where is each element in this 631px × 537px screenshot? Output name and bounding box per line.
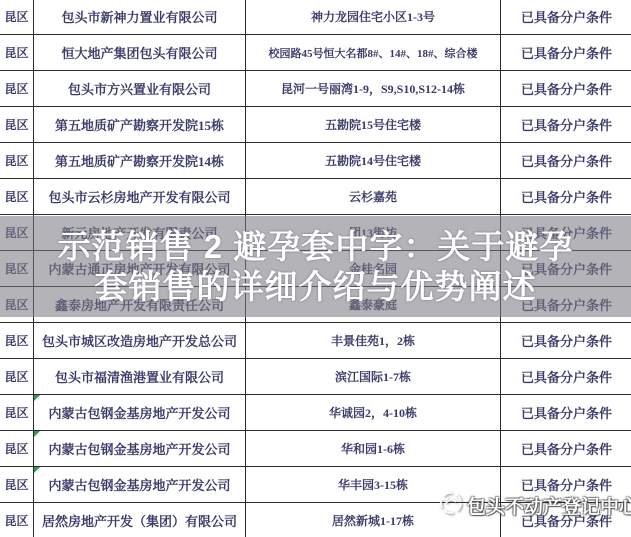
district-cell: 昆区 <box>0 467 34 503</box>
watermark-text: 包头不动产登记中心 <box>467 492 631 519</box>
district-cell: 昆区 <box>0 359 34 395</box>
table-row: 昆区 包头市福清渔港置业有限公司 滨江国际1-7栋 已具备分户条件 <box>0 359 631 395</box>
status-cell: 已具备分户条件 <box>501 35 631 71</box>
company-cell: 包头市云杉房地产开发有限公司 <box>34 179 246 215</box>
building-cell: 云杉嘉苑 <box>246 179 501 215</box>
district-cell: 昆区 <box>0 395 34 431</box>
article-title-line1: 示范销售 2 避孕套中字：关于避孕 <box>58 227 574 267</box>
building-cell: 华和园1-6栋 <box>246 431 501 467</box>
building-cell: 校园路45号恒大名都8#、14#、18#、综合楼 <box>246 35 501 71</box>
table-row: 昆区 第五地质矿产勘察开发院14栋 五勘院14号住宅楼 已具备分户条件 <box>0 143 631 179</box>
company-cell: 包头市新神力置业有限公司 <box>34 0 246 35</box>
watermark: 包头不动产登记中心 <box>438 490 631 521</box>
article-title-overlay: 示范销售 2 避孕套中字：关于避孕 套销售的详细介绍与优势阐述 <box>0 216 631 317</box>
company-cell: 包头市城区改造房地产开发总公司 <box>34 323 246 359</box>
table-row: 昆区 内蒙古包钢金基房地产开发公司 华和园1-6栋 已具备分户条件 <box>0 431 631 467</box>
table-row: 昆区 内蒙古包钢金基房地产开发公司 华诚园2，4-10栋 已具备分户条件 <box>0 395 631 431</box>
table-row: 昆区 包头市方兴置业有限公司 昆河一号丽湾1-9，S9,S10,S12-14栋 … <box>0 71 631 107</box>
status-cell: 已具备分户条件 <box>501 107 631 143</box>
status-cell: 已具备分户条件 <box>501 179 631 215</box>
table-row: 昆区 恒大地产集团包头有限公司 校园路45号恒大名都8#、14#、18#、综合楼… <box>0 35 631 71</box>
company-cell: 内蒙古包钢金基房地产开发公司 <box>34 431 246 467</box>
status-cell: 已具备分户条件 <box>501 143 631 179</box>
status-cell: 已具备分户条件 <box>501 0 631 35</box>
building-cell: 华诚园2，4-10栋 <box>246 395 501 431</box>
status-cell: 已具备分户条件 <box>501 71 631 107</box>
district-cell: 昆区 <box>0 71 34 107</box>
company-cell: 内蒙古包钢金基房地产开发公司 <box>34 467 246 503</box>
table-row: 昆区 包头市云杉房地产开发有限公司 云杉嘉苑 已具备分户条件 <box>0 179 631 215</box>
table-row: 昆区 包头市新神力置业有限公司 神力龙园住宅小区1-3号 已具备分户条件 <box>0 0 631 35</box>
district-cell: 昆区 <box>0 35 34 71</box>
table-row: 昆区 第五地质矿产勘察开发院15栋 五勘院15号住宅楼 已具备分户条件 <box>0 107 631 143</box>
district-cell: 昆区 <box>0 179 34 215</box>
building-cell: 昆河一号丽湾1-9，S9,S10,S12-14栋 <box>246 71 501 107</box>
building-cell: 神力龙园住宅小区1-3号 <box>246 0 501 35</box>
district-cell: 昆区 <box>0 323 34 359</box>
table-row: 昆区 包头市城区改造房地产开发总公司 丰景佳苑1，2栋 已具备分户条件 <box>0 323 631 359</box>
district-cell: 昆区 <box>0 503 34 537</box>
company-cell: 恒大地产集团包头有限公司 <box>34 35 246 71</box>
district-cell: 昆区 <box>0 107 34 143</box>
building-cell: 滨江国际1-7栋 <box>246 359 501 395</box>
cell-corner-marker <box>34 431 40 437</box>
building-cell: 五勘院15号住宅楼 <box>246 107 501 143</box>
company-cell: 内蒙古包钢金基房地产开发公司 <box>34 395 246 431</box>
cell-corner-marker <box>34 467 40 473</box>
screenshot-root: 昆区 包头市新神力置业有限公司 神力龙园住宅小区1-3号 已具备分户条件 昆区 … <box>0 0 631 537</box>
cell-corner-marker <box>34 395 40 401</box>
company-cell: 第五地质矿产勘察开发院14栋 <box>34 143 246 179</box>
status-cell: 已具备分户条件 <box>501 431 631 467</box>
status-cell: 已具备分户条件 <box>501 359 631 395</box>
district-cell: 昆区 <box>0 431 34 467</box>
district-cell: 昆区 <box>0 0 34 35</box>
district-cell: 昆区 <box>0 143 34 179</box>
building-cell: 五勘院14号住宅楼 <box>246 143 501 179</box>
company-cell: 包头市方兴置业有限公司 <box>34 71 246 107</box>
company-cell: 第五地质矿产勘察开发院15栋 <box>34 107 246 143</box>
registry-seal-icon <box>438 490 464 521</box>
building-cell: 丰景佳苑1，2栋 <box>246 323 501 359</box>
status-cell: 已具备分户条件 <box>501 395 631 431</box>
company-cell: 居然房地产开发（集团）有限公司 <box>34 503 246 537</box>
article-title-line2: 套销售的详细介绍与优势阐述 <box>95 267 537 307</box>
status-cell: 已具备分户条件 <box>501 323 631 359</box>
company-cell: 包头市福清渔港置业有限公司 <box>34 359 246 395</box>
